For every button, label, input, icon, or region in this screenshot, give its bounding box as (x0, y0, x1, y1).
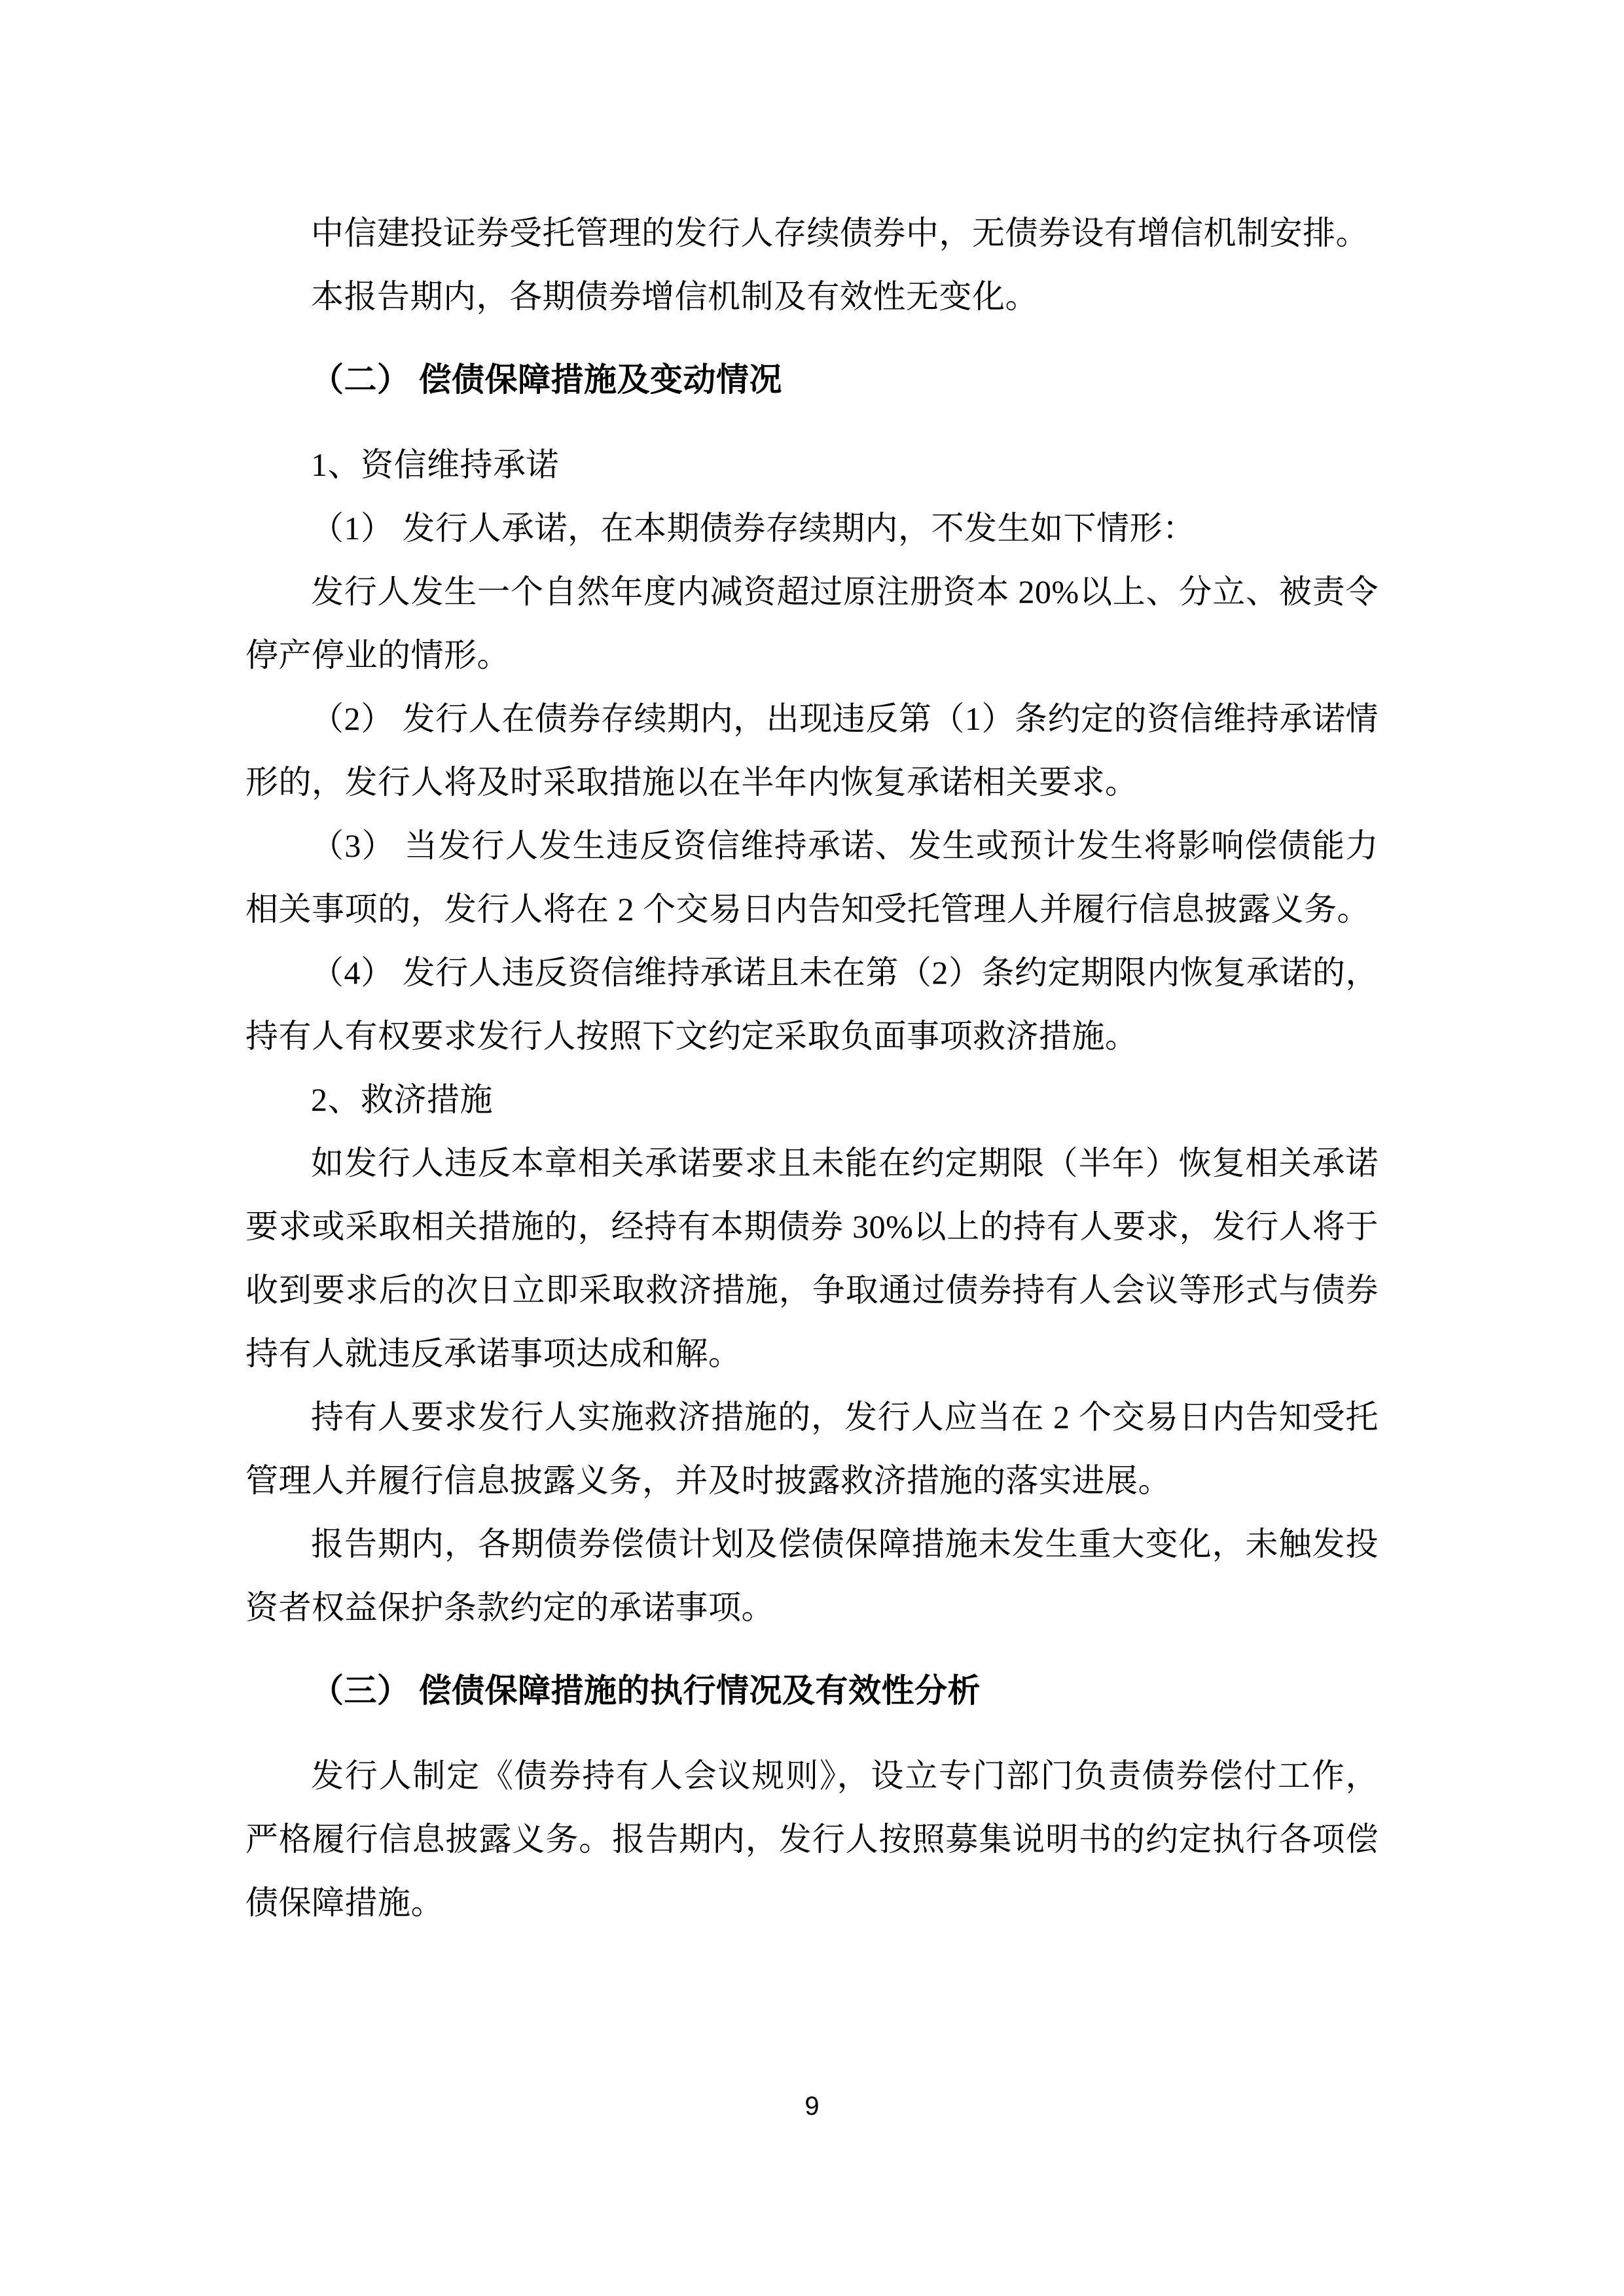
paragraph-commitment-2: （2） 发行人在债券存续期内，出现违反第（1）条约定的资信维持承诺情形的，发行人… (245, 687, 1379, 814)
section-heading-2: （二） 偿债保障措施及变动情况 (245, 348, 1379, 412)
section-heading-3: （三） 偿债保障措施的执行情况及有效性分析 (245, 1659, 1379, 1723)
paragraph-commitment-1: （1） 发行人承诺，在本期债券存续期内，不发生如下情形： (245, 497, 1379, 560)
paragraph-report-period-status: 报告期内，各期债券偿债计划及偿债保障措施未发生重大变化，未触发投资者权益保护条款… (245, 1513, 1379, 1640)
document-body: 中信建投证券受托管理的发行人存续债券中，无债券设有增信机制安排。 本报告期内，各… (245, 202, 1379, 1935)
paragraph-credit-enhancement-none: 中信建投证券受托管理的发行人存续债券中，无债券设有增信机制安排。 (245, 202, 1379, 265)
paragraph-execution-analysis: 发行人制定《债券持有人会议规则》，设立专门部门负责债券偿付工作，严格履行信息披露… (245, 1744, 1379, 1935)
paragraph-commitment-1-detail: 发行人发生一个自然年度内减资超过原注册资本 20%以上、分立、被责令停产停业的情… (245, 560, 1379, 687)
page-number: 9 (0, 2092, 1624, 2121)
paragraph-commitment-4: （4） 发行人违反资信维持承诺且未在第（2）条约定期限内恢复承诺的，持有人有权要… (245, 941, 1379, 1068)
paragraph-credit-enhancement-change: 本报告期内，各期债券增信机制及有效性无变化。 (245, 265, 1379, 329)
document-page: 中信建投证券受托管理的发行人存续债券中，无债券设有增信机制安排。 本报告期内，各… (0, 0, 1624, 2296)
paragraph-remedy-disclosure: 持有人要求发行人实施救济措施的，发行人应当在 2 个交易日内告知受托管理人并履行… (245, 1386, 1379, 1513)
paragraph-item-1-title: 1、资信维持承诺 (245, 433, 1379, 497)
paragraph-remedy-detail: 如发行人违反本章相关承诺要求且未能在约定期限（半年）恢复相关承诺要求或采取相关措… (245, 1132, 1379, 1386)
paragraph-commitment-3: （3） 当发行人发生违反资信维持承诺、发生或预计发生将影响偿债能力相关事项的，发… (245, 814, 1379, 941)
paragraph-item-2-title: 2、救济措施 (245, 1068, 1379, 1132)
